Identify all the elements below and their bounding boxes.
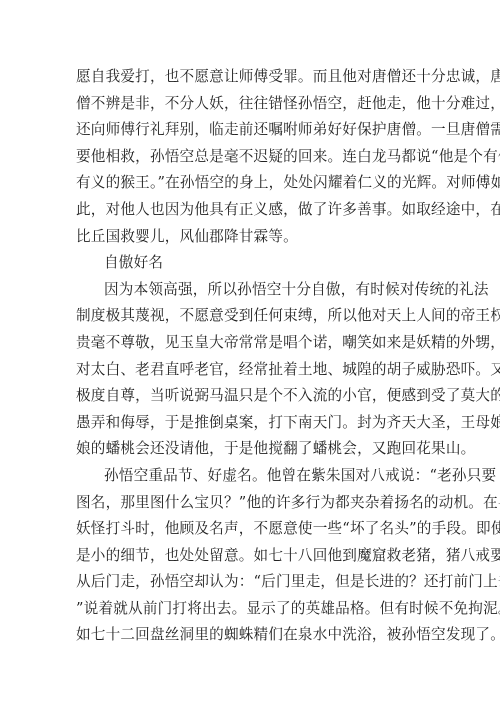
text-line: 娘的蟠桃会还没请他，于是他搅翻了蟠桃会，又跑回花果山。 [76, 436, 418, 463]
text-line: 因为本领高强，所以孙悟空十分自傲，有时候对传统的礼法 [76, 277, 418, 304]
section-heading: 自傲好名 [76, 250, 418, 277]
text-line: ”说着就从前门打将出去。显示了的英雄品格。但有时候不免拘泥。 [76, 596, 418, 623]
text-line: 妖怪打斗时，他顾及名声，不愿意使一些“坏了名头”的手段。即使 [76, 516, 418, 543]
text-line: 如七十二回盘丝洞里的蜘蛛精们在泉水中洗浴，被孙悟空发现了。 [76, 622, 418, 649]
text-line: 愚弄和侮辱，于是推倒桌案，打下南天门。封为齐天大圣，王母娘 [76, 410, 418, 437]
text-line: 僧不辨是非，不分人妖，往往错怪孙悟空，赶他走，他十分难过， [76, 91, 418, 118]
text-line: 孙悟空重品节、好虚名。他曾在紫朱国对八戒说：“老孙只要 [76, 463, 418, 490]
text-line: 贵毫不尊敬，见玉皇大帝常常是唱个诺，嘲笑如来是妖精的外甥， [76, 330, 418, 357]
paragraph-pride: 因为本领高强，所以孙悟空十分自傲，有时候对传统的礼法 制度极其蔑视，不愿意受到任… [76, 277, 418, 463]
text-line: 对太白、老君直呼老官，经常扯着土地、城隍的胡子威胁恐吓。又 [76, 357, 418, 384]
paragraph-loyalty: 愿自我爱打，也不愿意让师傅受罪。而且他对唐僧还十分忠诚，唐 僧不辨是非，不分人妖… [76, 64, 418, 250]
text-line: 从后门走，孙悟空却认为：“后门里走，但是长进的？还打前门上去。 [76, 569, 418, 596]
text-line: 极度自尊，当听说弼马温只是个不入流的小官，便感到受了莫大的 [76, 383, 418, 410]
text-line: 愿自我爱打，也不愿意让师傅受罪。而且他对唐僧还十分忠诚，唐 [76, 64, 418, 91]
text-line: 要他相救，孙悟空总是毫不迟疑的回来。连白龙马都说“他是个有仁 [76, 144, 418, 171]
text-line: 是小的细节，也处处留意。如七十八回他到魔窟救老猪，猪八戒要 [76, 543, 418, 570]
text-line: 比丘国救婴儿，风仙郡降甘霖等。 [76, 224, 418, 251]
text-line: 还向师傅行礼拜别，临走前还嘱咐师弟好好保护唐僧。一旦唐僧需 [76, 117, 418, 144]
paragraph-reputation: 孙悟空重品节、好虚名。他曾在紫朱国对八戒说：“老孙只要 图名，那里图什么宝贝？”… [76, 463, 418, 649]
document-page: 愿自我爱打，也不愿意让师傅受罪。而且他对唐僧还十分忠诚，唐 僧不辨是非，不分人妖… [76, 64, 418, 649]
text-line: 图名，那里图什么宝贝？”他的许多行为都夹杂着扬名的动机。在与 [76, 490, 418, 517]
text-line: 制度极其蔑视，不愿意受到任何束缚，所以他对天上人间的帝王权 [76, 303, 418, 330]
text-line: 有义的猴王。”在孙悟空的身上，处处闪耀着仁义的光辉。对师傅如 [76, 170, 418, 197]
text-line: 此，对他人也因为他具有正义感，做了许多善事。如取经途中，在 [76, 197, 418, 224]
